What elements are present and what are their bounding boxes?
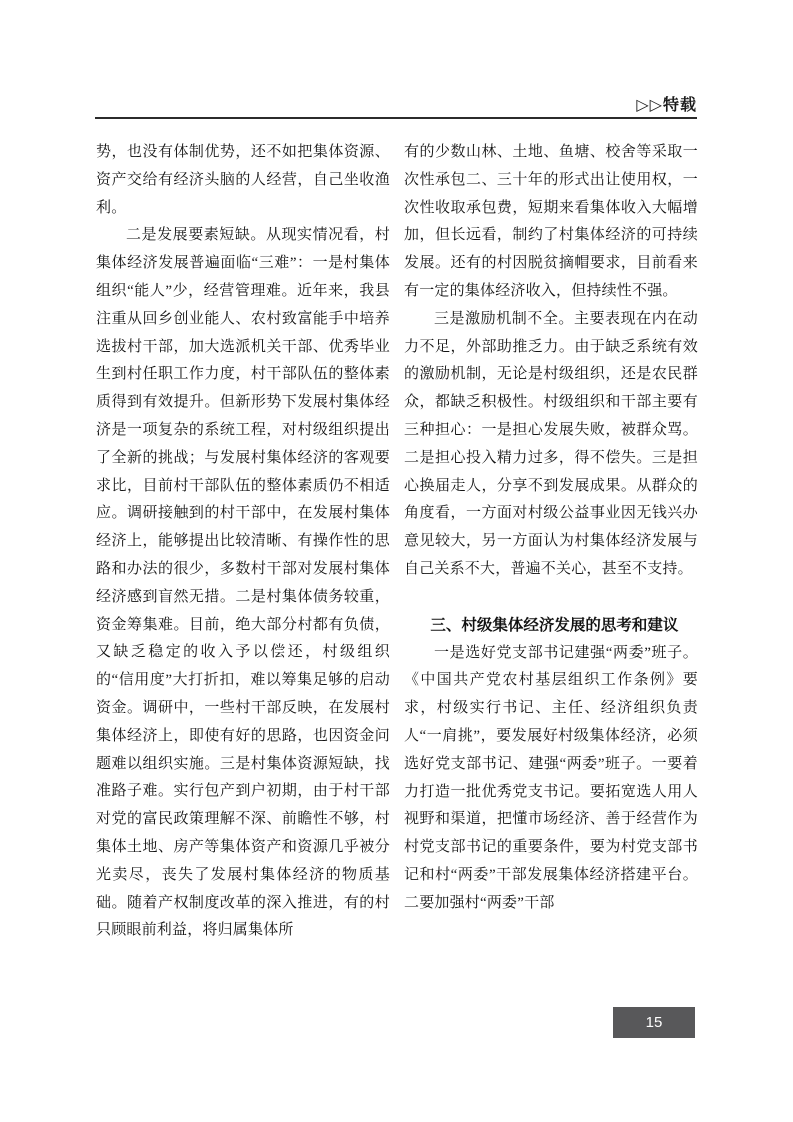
section-tag: ▷▷特载 xyxy=(95,92,697,115)
page-number-box: 15 xyxy=(613,1007,695,1038)
header-rule xyxy=(95,117,697,119)
page-number: 15 xyxy=(646,1014,663,1031)
document-page: ▷▷特载 势，也没有体制优势，还不如把集体资源、资产交给有经济头脑的人经营，自己… xyxy=(0,0,793,1122)
paragraph-incentive-mechanism: 三是激励机制不全。主要表现在内在动力不足，外部助推乏力。由于缺乏系统有效的激励机… xyxy=(404,306,698,584)
paragraph-factor-shortage: 二是发展要素短缺。从现实情况看，村集体经济发展普遍面临“三难”：一是村集体组织“… xyxy=(96,222,390,945)
paragraph-continuation: 有的少数山林、土地、鱼塘、校舍等采取一次性承包二、三十年的形式出让使用权，一次性… xyxy=(404,139,698,306)
left-column: 势，也没有体制优势，还不如把集体资源、资产交给有经济头脑的人经营，自己坐收渔利。… xyxy=(96,139,390,945)
right-column: 有的少数山林、土地、鱼塘、校舍等采取一次性承包二、三十年的形式出让使用权，一次性… xyxy=(404,139,698,918)
section-heading: 三、村级集体经济发展的思考和建议 xyxy=(404,612,698,640)
paragraph-suggestions: 一是选好党支部书记建强“两委”班子。《中国共产党农村基层组织工作条例》要求，村级… xyxy=(404,640,698,918)
paragraph-continuation: 势，也没有体制优势，还不如把集体资源、资产交给有经济头脑的人经营，自己坐收渔利。 xyxy=(96,139,390,222)
